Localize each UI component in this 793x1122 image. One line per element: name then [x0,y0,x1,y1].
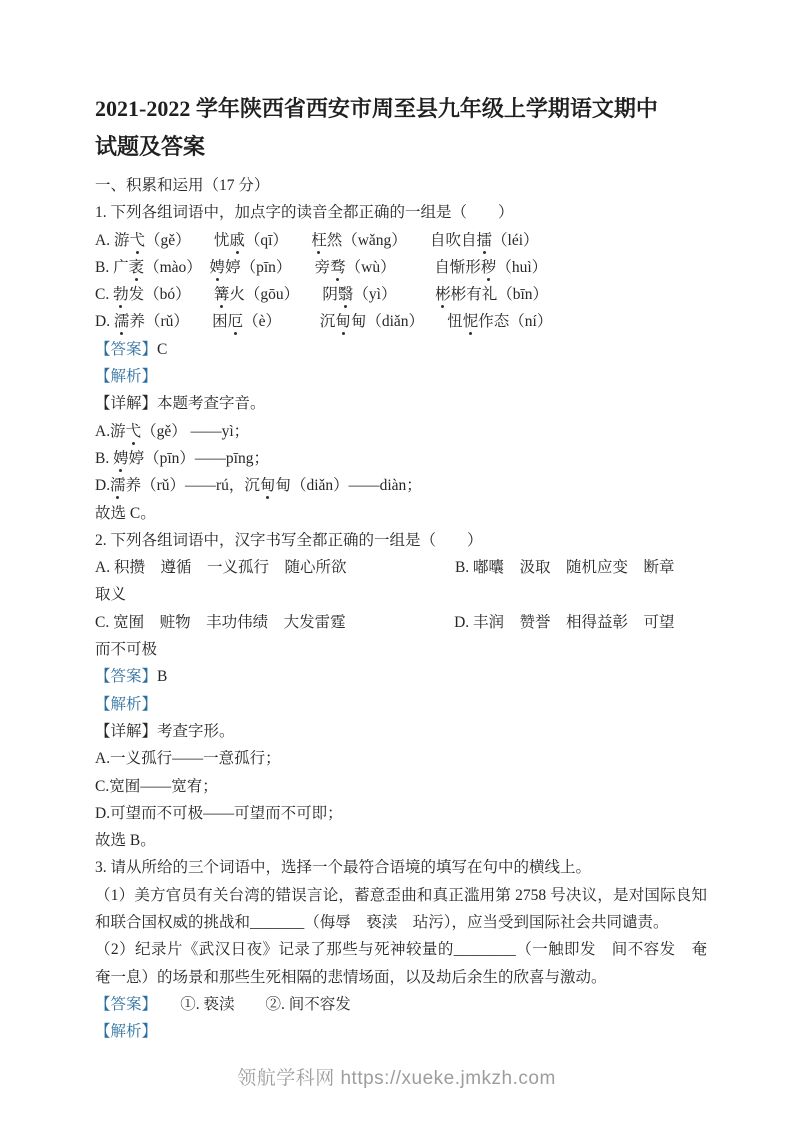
q2-options-line-1: A. 积攒 遵循 一义孤行 随心所欲 B. 嘟囔 汲取 随机应变 断章 [95,554,707,581]
page-title: 2021-2022 学年陕西省西安市周至县九年级上学期语文期中 试题及答案 [95,90,707,166]
emphasized-char: 娉 [210,259,226,276]
q2-analysis-line: 【解析】 [95,691,707,718]
page-title-line-2: 试题及答案 [95,128,707,166]
emphasized-char: 翳 [338,286,354,303]
q3-answer-label: 【答案】 [95,996,149,1013]
q3-answer-line: 【答案】 ①. 亵渎 ②. 间不容发 [95,991,707,1018]
q2-detail-4: D.可望而不可极——可望而不可即； [95,800,707,827]
q2-detail-5: 故选 B。 [95,827,707,854]
q1-option-a: A. 游弋（gě） 忧戚（qī） 枉然（wǎng） 自吹自擂（léi） [95,227,707,254]
emphasized-char: 篝 [214,286,230,303]
q1-detail-4: D.濡养（rǔ）——rú，沉甸甸（diǎn）——diàn； [95,472,707,499]
q1-answer-value: C [157,341,167,358]
q2-analysis-label: 【解析】 [95,696,157,713]
emphasized-char: 袤 [129,259,145,276]
footer-watermark: 领航学科网 https://xueke.jmkzh.com [0,1063,793,1090]
q1-detail-3: B. 娉婷（pīn）——pīng； [95,445,707,472]
emphasized-char: 怩 [463,313,479,330]
emphasized-char: 勃 [113,286,129,303]
emphasized-char: 戚 [229,232,245,249]
q3-analysis-label: 【解析】 [95,1023,157,1040]
emphasized-char: 枉 [311,232,327,249]
q3-stem: 3. 请从所给的三个词语中，选择一个最符合语境的填写在句中的横线上。 [95,854,707,881]
q1-answer-line: 【答案】C [95,336,707,363]
emphasized-char: 骛 [330,259,346,276]
emphasized-char: 弋 [129,232,145,249]
section-heading: 一、积累和运用（17 分） [95,172,707,199]
emphasized-char: 娉 [113,450,129,467]
q1-option-b: B. 广袤（mào） 娉婷（pīn） 旁骛（wù） 自惭形秽（huì） [95,254,707,281]
q3-part-2: （2）纪录片《武汉日夜》记录了那些与死神较量的________（一触即发 间不容… [95,936,707,991]
document-page: 2021-2022 学年陕西省西安市周至县九年级上学期语文期中 试题及答案 一、… [0,0,793,1046]
emphasized-char: 弋 [126,423,142,440]
q1-option-c: C. 勃发（bó） 篝火（gōu） 阴翳（yì） 彬彬有礼（bīn） [95,281,707,308]
emphasized-char: 彬 [435,286,451,303]
q1-answer-label: 【答案】 [95,341,157,358]
emphasized-char: 甸 [260,477,276,494]
q3-answer-value: ①. 亵渎 ②. 间不容发 [149,996,351,1013]
page-title-line-1: 2021-2022 学年陕西省西安市周至县九年级上学期语文期中 [95,90,707,128]
emphasized-char: 秽 [481,259,497,276]
q2-detail-1: 【详解】考查字形。 [95,718,707,745]
q1-analysis-label: 【解析】 [95,368,157,385]
q2-options-line-4: 而不可极 [95,636,707,663]
q1-option-d: D. 濡养（rǔ） 困厄（è） 沉甸甸（diǎn） 忸怩作态（ní） [95,308,707,335]
emphasized-char: 濡 [110,477,126,494]
emphasized-char: 濡 [114,313,130,330]
q2-detail-3: C.宽囿——宽宥； [95,773,707,800]
q2-detail-2: A.一义孤行——一意孤行； [95,745,707,772]
q1-analysis-line: 【解析】 [95,363,707,390]
emphasized-char: 厄 [228,313,244,330]
q2-options-line-3: C. 宽囿 赃物 丰功伟绩 大发雷霆 D. 丰润 赞誉 相得益彰 可望 [95,609,707,636]
q2-answer-value: B [157,668,167,685]
q1-stem: 1. 下列各组词语中，加点字的读音全都正确的一组是（ ） [95,199,707,226]
q1-detail-1: 【详解】本题考查字音。 [95,390,707,417]
q2-stem: 2. 下列各组词语中，汉字书写全都正确的一组是（ ） [95,527,707,554]
q1-detail-2: A.游弋（gě） ——yì； [95,418,707,445]
q2-answer-label: 【答案】 [95,668,157,685]
q1-detail-5: 故选 C。 [95,500,707,527]
emphasized-char: 擂 [477,232,493,249]
q2-options-line-2: 取义 [95,581,707,608]
q3-part-1: （1）美方官员有关台湾的错误言论，蓄意歪曲和真正滥用第 2758 号决议，是对国… [95,882,707,937]
emphasized-char: 甸 [335,313,351,330]
q3-analysis-line: 【解析】 [95,1018,707,1045]
q2-answer-line: 【答案】B [95,663,707,690]
